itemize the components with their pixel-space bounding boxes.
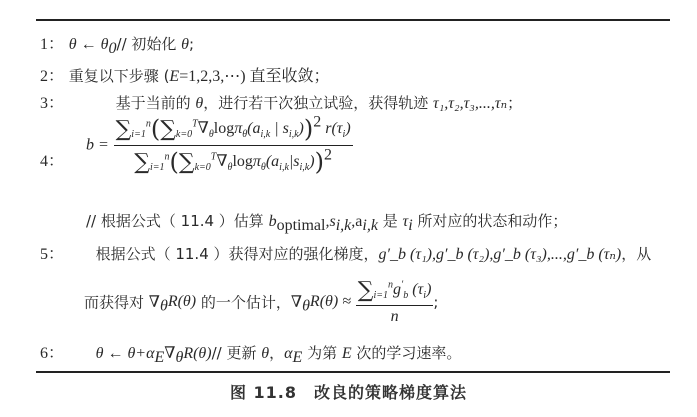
gradient-estimate-fraction: ∑i=1ng′b (τi) n — [356, 278, 434, 326]
step-1: 1： θ ← θ0// 初始化 θ; — [40, 34, 194, 55]
step-4-number: 4： — [40, 151, 64, 172]
baseline-fraction: ∑i=1n(∑k=0T∇θlogπθ(ai,k | si,k))2 r(τi) … — [114, 115, 353, 176]
step-2: 2： 重复以下步骤 (E=1,2,3,⋯) 直至收敛； — [40, 66, 330, 87]
step-5: 5： 根据公式（ 11.4 ）获得对应的强化梯度，g′_b (τ₁),g′_b … — [40, 244, 651, 265]
step-4-formula: b = ∑i=1n(∑k=0T∇θlogπθ(ai,k | si,k))2 r(… — [86, 115, 353, 176]
denominator: ∑i=1n(∑k=0T∇θlogπθ(ai,k|si,k))2 — [114, 145, 353, 176]
step-5-continued: 而获得对 ∇θR(θ) 的一个估计，∇θR(θ) ≈ ∑i=1ng′b (τi)… — [84, 278, 438, 326]
comment: // 初始化 — [117, 35, 182, 53]
step-3: 3： 基于当前的 θ，进行若干次独立试验，获得轨迹 τ₁,τ₂,τ₃,...,τ… — [40, 93, 522, 114]
step-number: 2： — [40, 68, 64, 85]
figure-caption: 图 11.8 改良的策略梯度算法 — [0, 380, 697, 403]
step-4-comment: // 根据公式（ 11.4 ）估算 boptimal,si,k,ai,k 是 τ… — [86, 211, 567, 232]
step-number: 3： — [40, 95, 64, 112]
numerator: ∑i=1n(∑k=0T∇θlogπθ(ai,k | si,k))2 r(τi) — [114, 115, 353, 145]
bottom-rule — [36, 371, 670, 373]
trajectories: τ₁,τ₂,τ₃,...,τₙ — [433, 95, 507, 112]
step-number: 1： — [40, 36, 64, 53]
step-number: 6： — [40, 345, 64, 362]
gradient-list: g′_b (τ₁),g′_b (τ₂),g′_b (τ₃),...,g′_b (… — [379, 246, 622, 263]
step-6: 6： θ ← θ+αE∇θR(θ)// 更新 θ，αE 为第 E 次的学习速率。 — [40, 343, 461, 364]
top-rule — [36, 19, 670, 21]
assign-expr: θ ← θ — [69, 36, 109, 53]
step-number: 5： — [40, 246, 64, 263]
update-rule: θ ← θ+α — [96, 345, 155, 362]
